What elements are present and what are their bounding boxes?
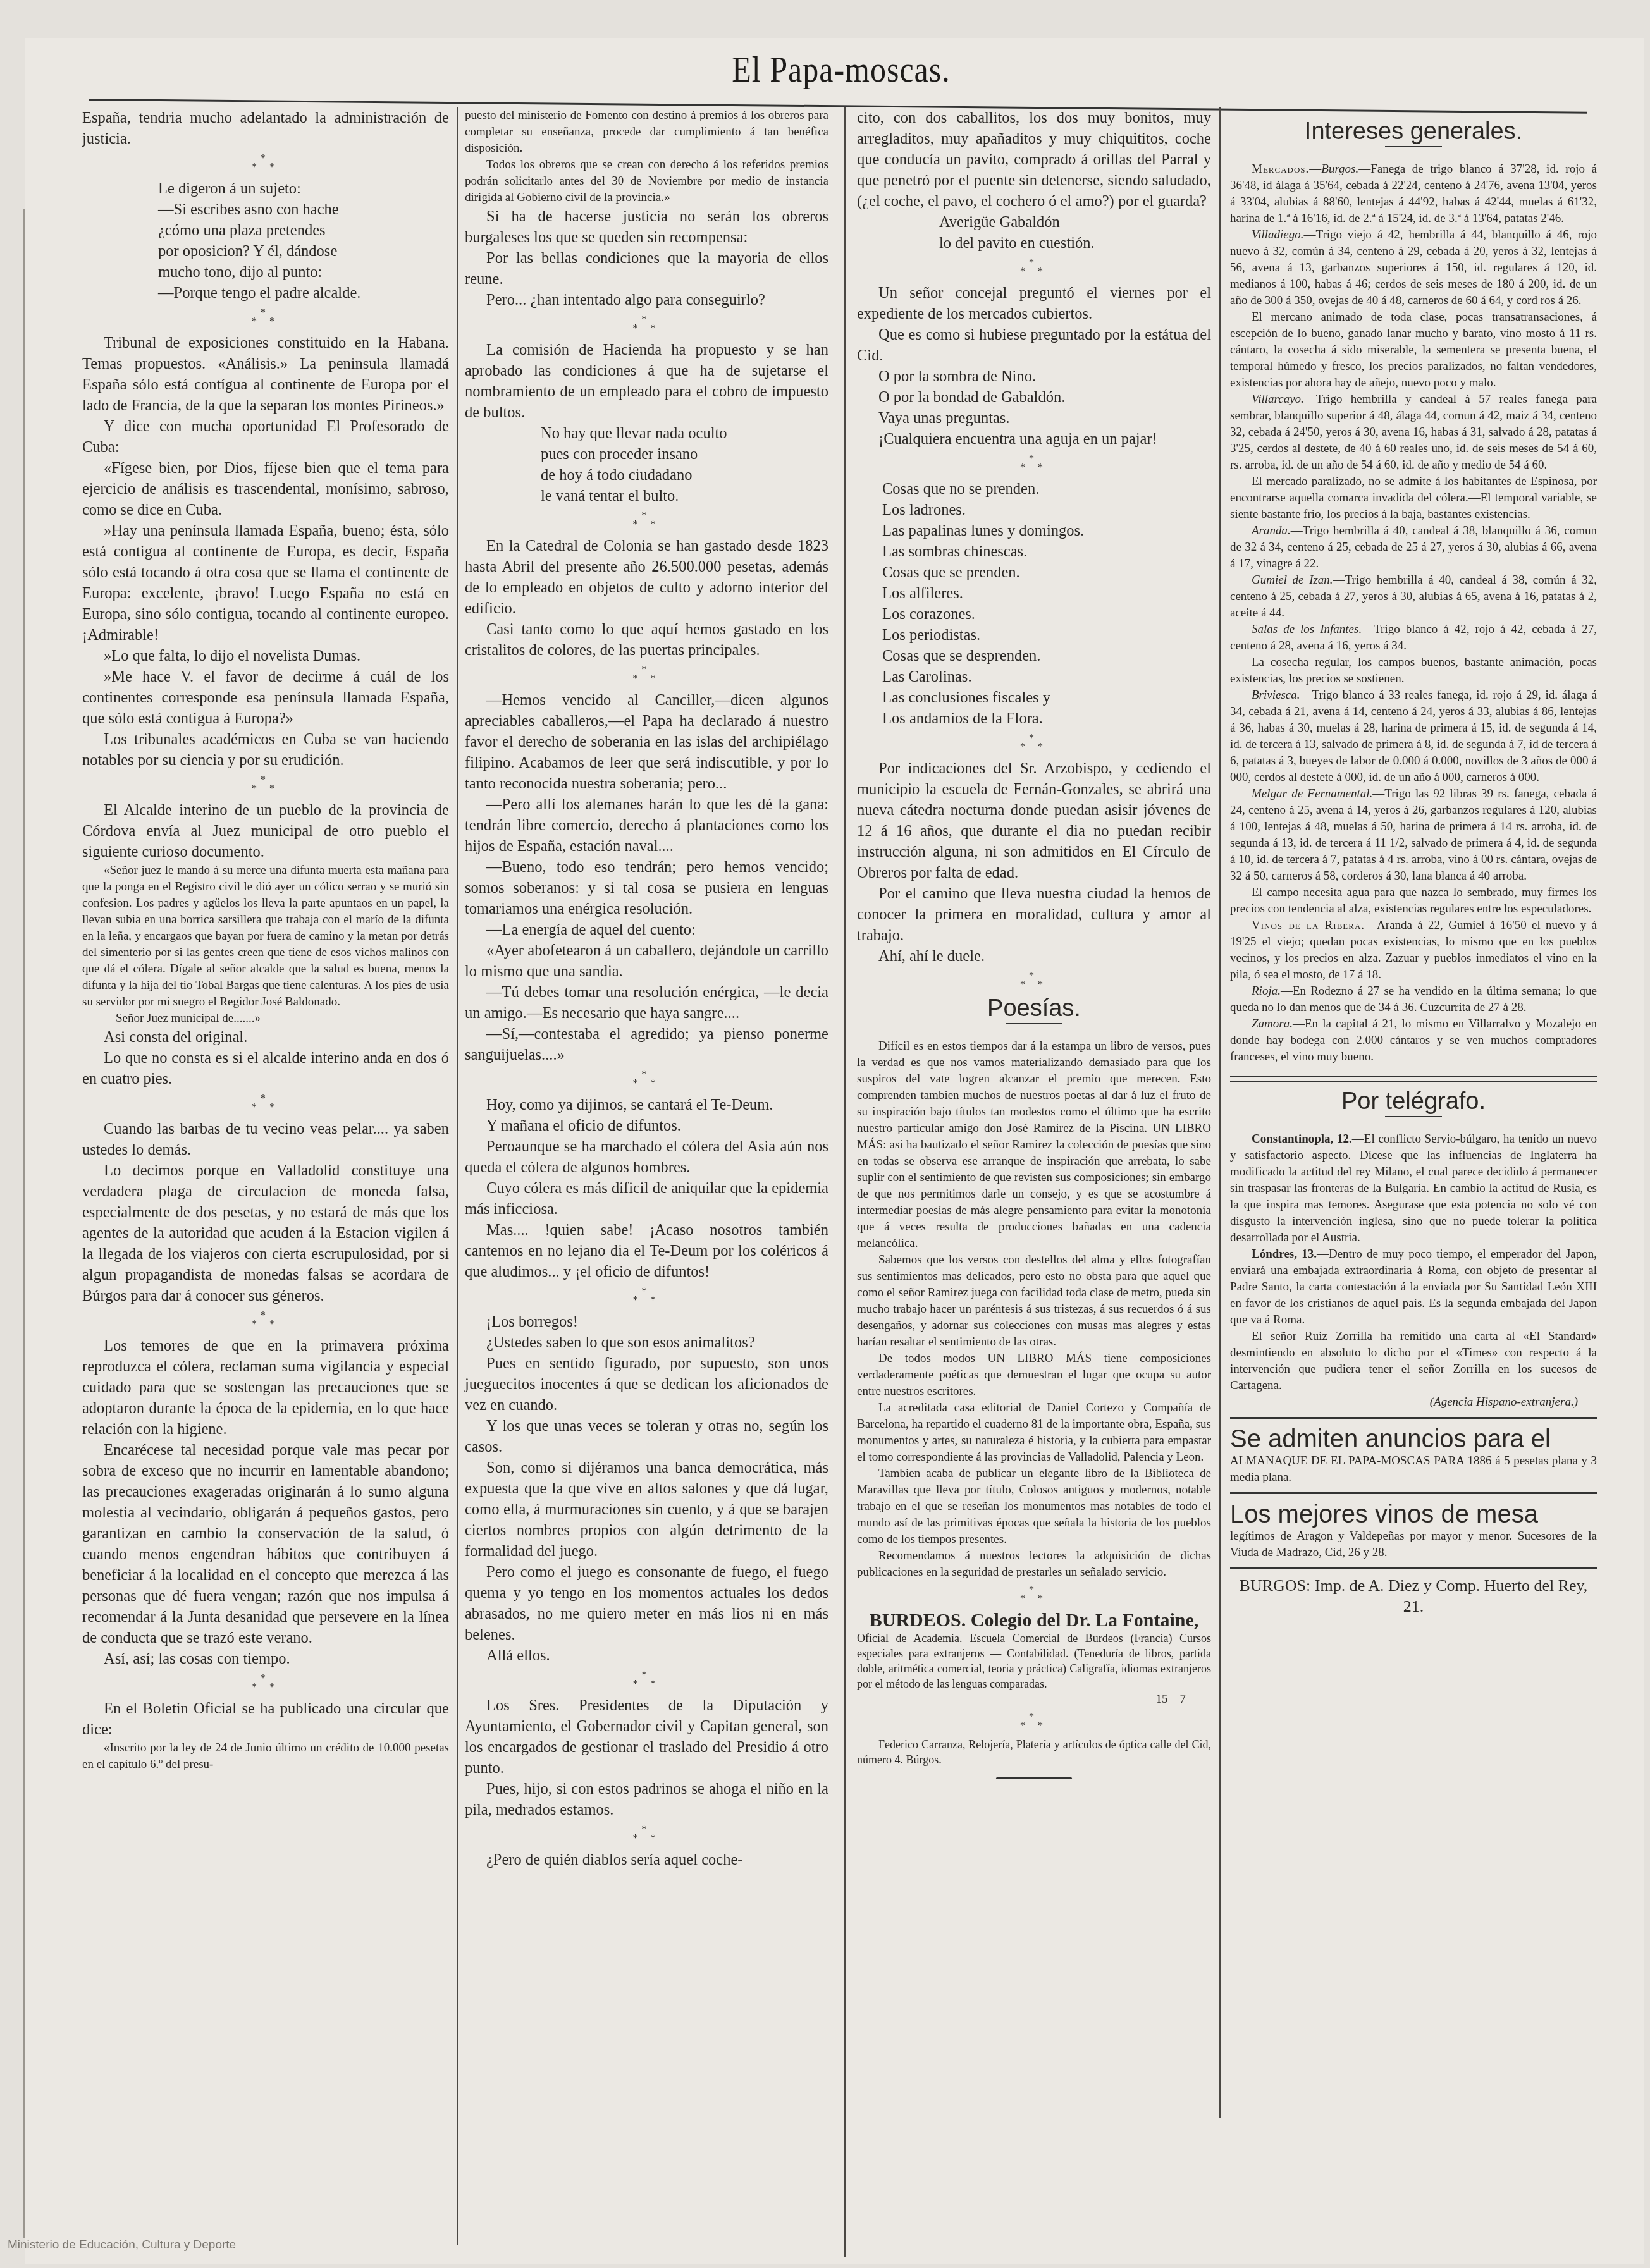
news-source: (Agencia Hispano-extranjera.) — [1430, 1395, 1578, 1409]
paragraph: Hoy, como ya dijimos, se cantará el Te-D… — [465, 1094, 828, 1115]
verse-line: Las sombras chinescas. — [882, 541, 1211, 562]
paragraph: O por la sombra de Nino. — [857, 366, 1211, 387]
paragraph: Los temores de que en la primavera próxi… — [82, 1335, 449, 1440]
verse-line: Las papalinas lunes y domingos. — [882, 520, 1211, 541]
paragraph: Vaya unas preguntas. — [857, 408, 1211, 429]
section-heading-intereses: Intereses generales. — [1230, 121, 1597, 142]
asterism: ** * — [82, 1674, 449, 1692]
verse-line: Los alfileres. — [882, 583, 1211, 604]
advert-vinos-body: legítimos de Aragon y Valdepeñas por may… — [1230, 1528, 1597, 1561]
verse-line: le vaná tentar el bulto. — [541, 486, 828, 506]
newspaper-title: El Papa-moscas. — [89, 48, 1594, 90]
paragraph: Los tribunales académicos en Cuba se van… — [82, 729, 449, 771]
market-briviesca: —Trigo blanco á 33 reales fanega, id. ro… — [1230, 689, 1597, 784]
paragraph: Pues, hijo, si con estos padrinos se aho… — [465, 1779, 828, 1820]
label-mercados: Mercados. — [1252, 162, 1309, 176]
news-zorrilla: El señor Ruiz Zorrilla ha remitido una c… — [1230, 1328, 1597, 1394]
paragraph: El campo necesita agua para que nazca lo… — [1230, 885, 1597, 917]
paragraph: En el Boletin Oficial se ha publicado un… — [82, 1698, 449, 1740]
verse-line: Cosas que se desprenden. — [882, 646, 1211, 666]
column-3: cito, con dos caballitos, los dos muy bo… — [857, 107, 1211, 1789]
paragraph: O por la bondad de Gabaldón. — [857, 387, 1211, 408]
verse-line: pues con proceder insano — [541, 444, 828, 465]
paragraph: Y mañana el oficio de difuntos. — [465, 1115, 828, 1136]
label-burgos: Burgos. — [1321, 162, 1358, 176]
verse-line: —Si escribes asno con hache — [158, 199, 449, 220]
asterism: ** * — [465, 666, 828, 683]
paragraph: Sabemos que los versos con destellos del… — [857, 1252, 1211, 1351]
market-rioja: —En Rodezno á 27 se ha vendido en la últ… — [1230, 984, 1597, 1014]
heading-rule — [1006, 1023, 1062, 1024]
verse: Averigüe Gabaldón lo del pavito en cuest… — [857, 212, 1211, 254]
paragraph: —Hemos vencido al Canciller,—dicen algun… — [465, 690, 828, 794]
paragraph: »Hay una península llamada España, bueno… — [82, 520, 449, 646]
paragraph: Pues en sentido figurado, por supuesto, … — [465, 1353, 828, 1416]
paragraph: ¡Cualquiera encuentra una aguja en un pa… — [857, 429, 1211, 450]
label-vinos: Vinos de la Ribera. — [1252, 919, 1365, 932]
verse-line: —Porque tengo el padre alcalde. — [158, 283, 449, 303]
label-aranda: Aranda. — [1252, 524, 1291, 537]
paragraph: Encarécese tal necesidad porque vale mas… — [82, 1440, 449, 1648]
asterism: ** * — [857, 1586, 1211, 1603]
paragraph: La acreditada casa editorial de Daniel C… — [857, 1400, 1211, 1466]
verse-line: lo del pavito en cuestión. — [939, 233, 1211, 254]
dateline-londres: Lóndres, 13. — [1252, 1247, 1317, 1261]
imprint-rule — [1230, 1567, 1597, 1569]
paragraph: La cosecha regular, los campos buenos, b… — [1230, 654, 1597, 687]
asterism: ** * — [465, 512, 828, 529]
asterism: ** * — [857, 455, 1211, 472]
paragraph: Allá ellos. — [465, 1645, 828, 1666]
heading-rule — [1385, 146, 1442, 147]
quoted-document-signature: —Señor Juez municipal de.......» — [82, 1010, 449, 1027]
paragraph: Tribunal de exposiciones constituido en … — [82, 333, 449, 416]
verse-line: Las conclusiones fiscales y — [882, 687, 1211, 708]
paragraph: El Alcalde interino de un pueblo de la p… — [82, 800, 449, 862]
archive-watermark: Ministerio de Educación, Cultura y Depor… — [8, 2238, 236, 2252]
verse-line: Los ladrones. — [882, 500, 1211, 520]
asterism: ** * — [82, 776, 449, 794]
paragraph: Por indicaciones del Sr. Arzobispo, y ce… — [857, 758, 1211, 883]
asterism: ** * — [82, 154, 449, 172]
label-melgar: Melgar de Fernamental. — [1252, 787, 1372, 800]
verse-line: Los andamios de la Flora. — [882, 708, 1211, 729]
masthead: El Papa-moscas. — [89, 51, 1594, 101]
verse-line: Las Carolinas. — [882, 666, 1211, 687]
telegraph-news: Constantinopla, 12.—El conflicto Servio-… — [1230, 1131, 1597, 1411]
paragraph: Por el camino que lleva nuestra ciudad l… — [857, 883, 1211, 946]
asterism: ** * — [465, 1287, 828, 1305]
label-briviesca: Briviesca. — [1252, 689, 1300, 702]
label-gumiel: Gumiel de Izan. — [1252, 573, 1333, 587]
paragraph: «Ayer abofetearon á un caballero, dejánd… — [465, 940, 828, 982]
paragraph: Pero... ¿han intentado algo para consegu… — [465, 290, 828, 310]
verse-line: de hoy á todo ciudadano — [541, 465, 828, 486]
advert-rule — [1230, 1492, 1597, 1494]
paragraph: Son, como si dijéramos una banca democrá… — [465, 1457, 828, 1562]
page-spine — [23, 209, 25, 2238]
paragraph: —La energía de aquel del cuento: — [465, 919, 828, 940]
asterism: ** * — [857, 259, 1211, 276]
paragraph: Los Sres. Presidentes de la Diputación y… — [465, 1695, 828, 1779]
paragraph: Que es como si hubiese preguntado por la… — [857, 324, 1211, 366]
paragraph: ¡Los borregos! — [465, 1311, 828, 1332]
paragraph: Y dice con mucha oportunidad El Profesor… — [82, 416, 449, 458]
asterism: ** * — [465, 1070, 828, 1088]
verse-line: No hay que llevar nada oculto — [541, 423, 828, 444]
paragraph: Mas.... !quien sabe! ¡Acaso nosotros tam… — [465, 1220, 828, 1282]
column-2: puesto del ministerio de Fomento con des… — [465, 107, 828, 1870]
label-villadiego: Villadiego. — [1252, 228, 1304, 242]
paragraph: Así, así; las cosas con tiempo. — [82, 1648, 449, 1669]
paragraph: Cuando las barbas de tu vecino veas pela… — [82, 1119, 449, 1160]
verse-line: Cosas que se prenden. — [882, 562, 1211, 583]
asterism: ** * — [465, 1825, 828, 1843]
verse-line: Cosas que no se prenden. — [882, 479, 1211, 500]
paragraph: —Tú debes tomar una resolución enérgica,… — [465, 982, 828, 1024]
advert-code: 15—7 — [857, 1691, 1211, 1708]
paragraph: —Bueno, todo eso tendrán; pero hemos ven… — [465, 857, 828, 919]
verse: Le digeron á un sujeto: —Si escribes asn… — [82, 178, 449, 303]
column-divider — [457, 107, 458, 2245]
advert-body-burdeos: Oficial de Academia. Escuela Comercial d… — [857, 1631, 1211, 1691]
paragraph: Lo que no consta es si el alcalde interi… — [82, 1048, 449, 1089]
advert-rule — [1230, 1417, 1597, 1419]
verse-line: Los periodistas. — [882, 625, 1211, 646]
paragraph: »Me hace V. el favor de decirme á cuál d… — [82, 666, 449, 729]
column-4: Intereses generales. Mercados.—Burgos.—F… — [1230, 107, 1597, 1617]
label-villarcayo: Villarcayo. — [1252, 393, 1304, 406]
paragraph: —Pero allí los alemanes harán lo que les… — [465, 794, 828, 857]
asterism: ** * — [857, 972, 1211, 990]
asterism: ** * — [82, 1094, 449, 1112]
paragraph: El mercano animado de toda clase, pocas … — [1230, 309, 1597, 391]
section-heading-telegrafo: Por telégrafo. — [1230, 1091, 1597, 1112]
paragraph: cito, con dos caballitos, los dos muy bo… — [857, 107, 1211, 212]
paragraph: En la Catedral de Colonia se han gastado… — [465, 536, 828, 619]
paragraph: Tambien acaba de publicar un elegante li… — [857, 1466, 1211, 1548]
paragraph: Cuyo cólera es más dificil de aniquilar … — [465, 1178, 828, 1220]
asterism: ** * — [465, 316, 828, 333]
end-flourish — [996, 1777, 1072, 1779]
paragraph: Recomendamos á nuestros lectores la adqu… — [857, 1548, 1211, 1581]
label-rioja: Rioja. — [1252, 984, 1281, 998]
verse-line: mucho tono, dijo al punto: — [158, 262, 449, 283]
news-constantinopla: —El conflicto Servio-búlgaro, ha tenido … — [1230, 1132, 1597, 1244]
paragraph: Por las bellas condiciones que la mayori… — [465, 248, 828, 290]
paragraph: Si ha de hacerse justicia no serán los o… — [465, 206, 828, 248]
paragraph: Peroaunque se ha marchado el cólera del … — [465, 1136, 828, 1178]
asterism: ** * — [465, 1671, 828, 1689]
paragraph: »Lo que falta, lo dijo el novelista Duma… — [82, 646, 449, 666]
advert-vinos-title: Los mejores vinos de mesa — [1230, 1500, 1597, 1528]
verse-line: ¿cómo una plaza pretendes — [158, 220, 449, 241]
heading-rule — [1385, 1116, 1442, 1117]
asterism: ** * — [857, 1713, 1211, 1731]
paragraph: Lo decimos porque en Valladolid constitu… — [82, 1160, 449, 1306]
verse-line: por oposicion? Y él, dándose — [158, 241, 449, 262]
verse-line: Los corazones. — [882, 604, 1211, 625]
paragraph: —Sí,—contestaba el agredido; ya pienso p… — [465, 1024, 828, 1065]
paragraph: La comisión de Hacienda ha propuesto y s… — [465, 340, 828, 423]
paragraph: Pero como el juego es consonante de fueg… — [465, 1562, 828, 1645]
advert-carranza: Federico Carranza, Relojería, Platería y… — [857, 1737, 1211, 1767]
paragraph: Difícil es en estos tiempos dar á la est… — [857, 1038, 1211, 1252]
paragraph: España, tendria mucho adelantado la admi… — [82, 107, 449, 149]
advert-anuncios-title: Se admiten anuncios para el — [1230, 1425, 1597, 1453]
quoted-document: «Señor juez le mando á su merce una difu… — [82, 862, 449, 1010]
asterism: ** * — [82, 1311, 449, 1329]
paragraph: «Fígese bien, por Dios, fíjese bien que … — [82, 458, 449, 520]
column-divider — [844, 107, 846, 2257]
quoted-circular: «Inscrito por la ley de 24 de Junio últi… — [82, 1740, 449, 1773]
market-melgar: —Trigo las 92 libras 39 rs. fanega, ceba… — [1230, 787, 1597, 883]
dateline-constantinopla: Constantinopla, 12. — [1252, 1132, 1352, 1146]
section-rule — [1230, 1076, 1597, 1082]
paragraph: ¿Ustedes saben lo que son esos animalito… — [465, 1332, 828, 1353]
paragraph: Ahí, ahí le duele. — [857, 946, 1211, 967]
market-reports: Mercados.—Burgos.—Fanega de trigo blanco… — [1230, 161, 1597, 1065]
verse-line: Averigüe Gabaldón — [939, 212, 1211, 233]
paragraph: Todos los obreros que se crean con derec… — [465, 157, 828, 206]
verse: No hay que llevar nada oculto pues con p… — [465, 423, 828, 506]
paragraph: puesto del ministerio de Fomento con des… — [465, 107, 828, 157]
verse-line: Le digeron á un sujeto: — [158, 178, 449, 199]
label-salas: Salas de los Infantes. — [1252, 623, 1362, 636]
printer-imprint: BURGOS: Imp. de A. Diez y Comp. Huerto d… — [1230, 1575, 1597, 1617]
verse: Cosas que no se prenden. Los ladrones. L… — [857, 479, 1211, 729]
column-1: España, tendria mucho adelantado la admi… — [82, 107, 449, 1773]
paragraph: ¿Pero de quién diablos sería aquel coche… — [465, 1849, 828, 1870]
paragraph: El mercado paralizado, no se admite á lo… — [1230, 474, 1597, 523]
column-divider — [1219, 107, 1221, 2118]
section-heading-poesias: Poesías. — [857, 998, 1211, 1019]
paragraph: Un señor concejal preguntó el viernes po… — [857, 283, 1211, 324]
label-zamora: Zamora. — [1252, 1017, 1293, 1031]
paragraph: Y los que unas veces se toleran y otras … — [465, 1416, 828, 1457]
paragraph: Asi consta del original. — [82, 1027, 449, 1048]
advert-title-burdeos: BURDEOS. Colegio del Dr. La Fontaine, — [857, 1610, 1211, 1631]
paragraph: Casi tanto como lo que aquí hemos gastad… — [465, 619, 828, 661]
paragraph: De todos modos UN LIBRO MÁS tiene compos… — [857, 1351, 1211, 1400]
advert-anuncios-body: ALMANAQUE DE EL PAPA-MOSCAS PARA 1886 á … — [1230, 1453, 1597, 1486]
asterism: ** * — [857, 734, 1211, 752]
asterism: ** * — [82, 309, 449, 326]
